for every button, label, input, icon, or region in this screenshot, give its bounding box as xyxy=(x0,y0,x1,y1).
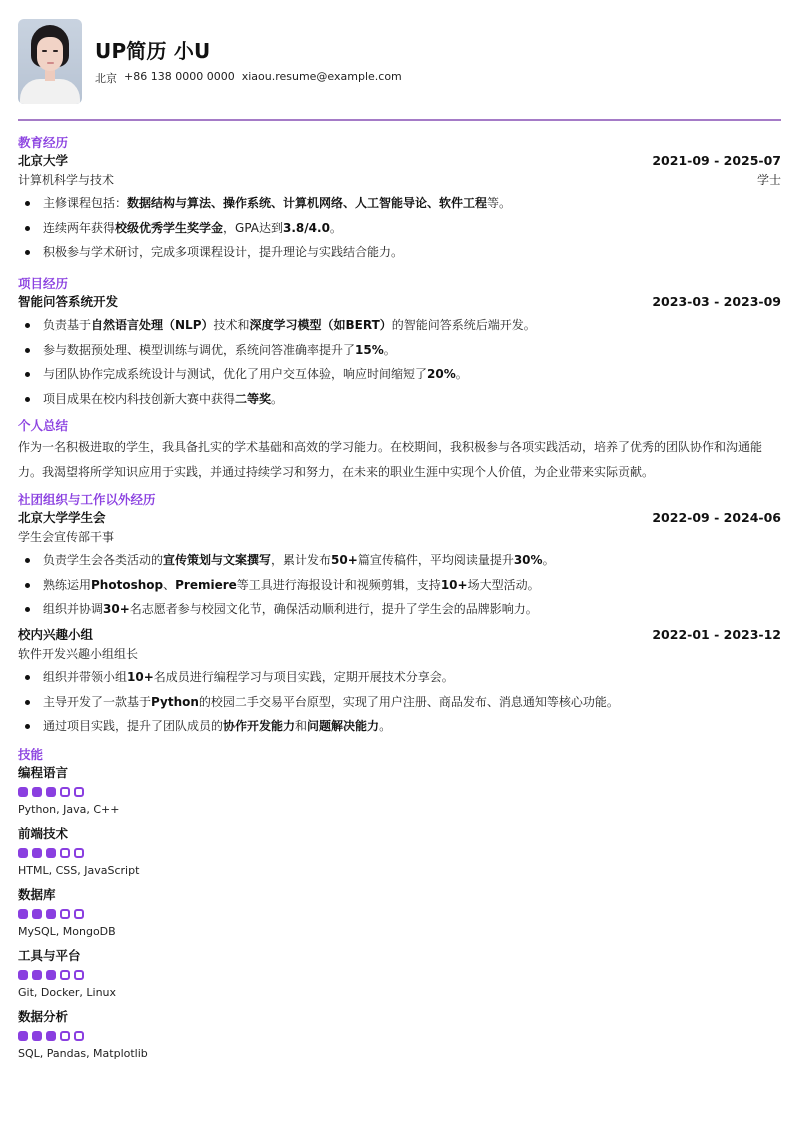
skills-section: 技能 编程语言Python, Java, C++前端技术HTML, CSS, J… xyxy=(18,746,781,1062)
section-title: 社团组织与工作以外经历 xyxy=(18,491,781,509)
skill-level-rating xyxy=(18,1031,781,1041)
project-date: 2023-03 - 2023-09 xyxy=(652,293,781,311)
list-item: 参与数据预处理、模型训练与调优，系统问答准确率提升了15%。 xyxy=(18,341,781,359)
degree: 学士 xyxy=(757,171,781,189)
empty-dot-icon xyxy=(74,909,84,919)
list-item: 项目成果在校内科技创新大赛中获得二等奖。 xyxy=(18,390,781,408)
role: 学生会宣传部干事 xyxy=(18,528,114,546)
skill-level-rating xyxy=(18,848,781,858)
activities-section: 社团组织与工作以外经历 北京大学学生会 2022-09 - 2024-06 学生… xyxy=(18,491,781,735)
list-item: 主导开发了一款基于Python的校园二手交易平台原型，实现了用户注册、商品发布、… xyxy=(18,693,781,711)
empty-dot-icon xyxy=(74,787,84,797)
list-item: 组织并带领小组10+名成员进行编程学习与项目实践，定期开展技术分享会。 xyxy=(18,668,781,686)
empty-dot-icon xyxy=(74,1031,84,1041)
skill-item: 数据库MySQL, MongoDB xyxy=(18,886,781,940)
list-item: 组织并协调30+名志愿者参与校园文化节，确保活动顺利进行，提升了学生会的品牌影响… xyxy=(18,600,781,618)
email[interactable]: xiaou.resume@example.com xyxy=(242,70,402,86)
filled-dot-icon xyxy=(46,909,56,919)
skill-name: 数据库 xyxy=(18,886,781,904)
org-name: 校内兴趣小组 xyxy=(18,626,93,644)
empty-dot-icon xyxy=(74,848,84,858)
filled-dot-icon xyxy=(18,909,28,919)
filled-dot-icon xyxy=(18,848,28,858)
section-title: 项目经历 xyxy=(18,275,781,293)
list-item: 主修课程包括：数据结构与算法、操作系统、计算机网络、人工智能导论、软件工程等。 xyxy=(18,194,781,212)
skill-technologies: Python, Java, C++ xyxy=(18,802,781,818)
resume-header: UP简历 小U 北京 +86 138 0000 0000 xiaou.resum… xyxy=(18,18,781,104)
major: 计算机科学与技术 xyxy=(18,171,114,189)
list-item: 与团队协作完成系统设计与测试，优化了用户交互体验，响应时间缩短了20%。 xyxy=(18,365,781,383)
education-section: 教育经历 北京大学 2021-09 - 2025-07 计算机科学与技术 学士 … xyxy=(18,134,781,261)
list-item: 积极参与学术研讨，完成多项课程设计，提升理论与实践结合能力。 xyxy=(18,243,781,261)
skill-name: 前端技术 xyxy=(18,825,781,843)
header-divider xyxy=(18,119,781,121)
skill-item: 前端技术HTML, CSS, JavaScript xyxy=(18,825,781,879)
school-name: 北京大学 xyxy=(18,152,68,170)
section-title: 教育经历 xyxy=(18,134,781,152)
skill-technologies: HTML, CSS, JavaScript xyxy=(18,863,781,879)
summary-text: 作为一名积极进取的学生，我具备扎实的学术基础和高效的学习能力。在校期间，我积极参… xyxy=(18,435,781,485)
skill-level-rating xyxy=(18,787,781,797)
skill-level-rating xyxy=(18,909,781,919)
filled-dot-icon xyxy=(32,848,42,858)
org-name: 北京大学学生会 xyxy=(18,509,106,527)
skill-technologies: MySQL, MongoDB xyxy=(18,924,781,940)
filled-dot-icon xyxy=(46,848,56,858)
empty-dot-icon xyxy=(60,1031,70,1041)
skill-name: 数据分析 xyxy=(18,1008,781,1026)
skill-technologies: SQL, Pandas, Matplotlib xyxy=(18,1046,781,1062)
activity-entry: 校内兴趣小组 2022-01 - 2023-12 软件开发兴趣小组组长 组织并带… xyxy=(18,626,781,735)
project-bullets: 负责基于自然语言处理（NLP）技术和深度学习模型（如BERT）的智能问答系统后端… xyxy=(18,316,781,408)
skills-list: 编程语言Python, Java, C++前端技术HTML, CSS, Java… xyxy=(18,764,781,1062)
activity-bullets: 组织并带领小组10+名成员进行编程学习与项目实践，定期开展技术分享会。 主导开发… xyxy=(18,668,781,735)
filled-dot-icon xyxy=(32,909,42,919)
empty-dot-icon xyxy=(60,787,70,797)
skill-item: 数据分析SQL, Pandas, Matplotlib xyxy=(18,1008,781,1062)
filled-dot-icon xyxy=(32,1031,42,1041)
projects-section: 项目经历 智能问答系统开发 2023-03 - 2023-09 负责基于自然语言… xyxy=(18,275,781,408)
contact-info: 北京 +86 138 0000 0000 xiaou.resume@exampl… xyxy=(95,70,402,86)
empty-dot-icon xyxy=(60,848,70,858)
filled-dot-icon xyxy=(18,1031,28,1041)
skill-level-rating xyxy=(18,970,781,980)
skill-name: 工具与平台 xyxy=(18,947,781,965)
skill-item: 编程语言Python, Java, C++ xyxy=(18,764,781,818)
filled-dot-icon xyxy=(18,787,28,797)
summary-section: 个人总结 作为一名积极进取的学生，我具备扎实的学术基础和高效的学习能力。在校期间… xyxy=(18,417,781,485)
skill-item: 工具与平台Git, Docker, Linux xyxy=(18,947,781,1001)
project-name: 智能问答系统开发 xyxy=(18,293,118,311)
activity-bullets: 负责学生会各类活动的宣传策划与文案撰写，累计发布50+篇宣传稿件，平均阅读量提升… xyxy=(18,551,781,618)
section-title: 技能 xyxy=(18,746,781,764)
filled-dot-icon xyxy=(18,970,28,980)
candidate-name: UP简历 小U xyxy=(95,38,402,64)
city: 北京 xyxy=(95,70,117,86)
activity-date: 2022-01 - 2023-12 xyxy=(652,626,781,644)
empty-dot-icon xyxy=(60,970,70,980)
role: 软件开发兴趣小组组长 xyxy=(18,645,138,663)
empty-dot-icon xyxy=(60,909,70,919)
phone: +86 138 0000 0000 xyxy=(124,70,235,86)
filled-dot-icon xyxy=(46,1031,56,1041)
activity-entry: 北京大学学生会 2022-09 - 2024-06 学生会宣传部干事 负责学生会… xyxy=(18,509,781,618)
list-item: 连续两年获得校级优秀学生奖学金，GPA达到3.8/4.0。 xyxy=(18,219,781,237)
filled-dot-icon xyxy=(32,787,42,797)
education-date: 2021-09 - 2025-07 xyxy=(652,152,781,170)
activity-date: 2022-09 - 2024-06 xyxy=(652,509,781,527)
list-item: 负责学生会各类活动的宣传策划与文案撰写，累计发布50+篇宣传稿件，平均阅读量提升… xyxy=(18,551,781,569)
education-bullets: 主修课程包括：数据结构与算法、操作系统、计算机网络、人工智能导论、软件工程等。 … xyxy=(18,194,781,261)
skill-technologies: Git, Docker, Linux xyxy=(18,985,781,1001)
skill-name: 编程语言 xyxy=(18,764,781,782)
list-item: 通过项目实践，提升了团队成员的协作开发能力和问题解决能力。 xyxy=(18,717,781,735)
filled-dot-icon xyxy=(32,970,42,980)
section-title: 个人总结 xyxy=(18,417,781,435)
filled-dot-icon xyxy=(46,787,56,797)
filled-dot-icon xyxy=(46,970,56,980)
profile-photo xyxy=(18,19,82,104)
list-item: 熟练运用Photoshop、Premiere等工具进行海报设计和视频剪辑，支持1… xyxy=(18,576,781,594)
resume-body: 教育经历 北京大学 2021-09 - 2025-07 计算机科学与技术 学士 … xyxy=(18,134,781,1069)
list-item: 负责基于自然语言处理（NLP）技术和深度学习模型（如BERT）的智能问答系统后端… xyxy=(18,316,781,334)
empty-dot-icon xyxy=(74,970,84,980)
